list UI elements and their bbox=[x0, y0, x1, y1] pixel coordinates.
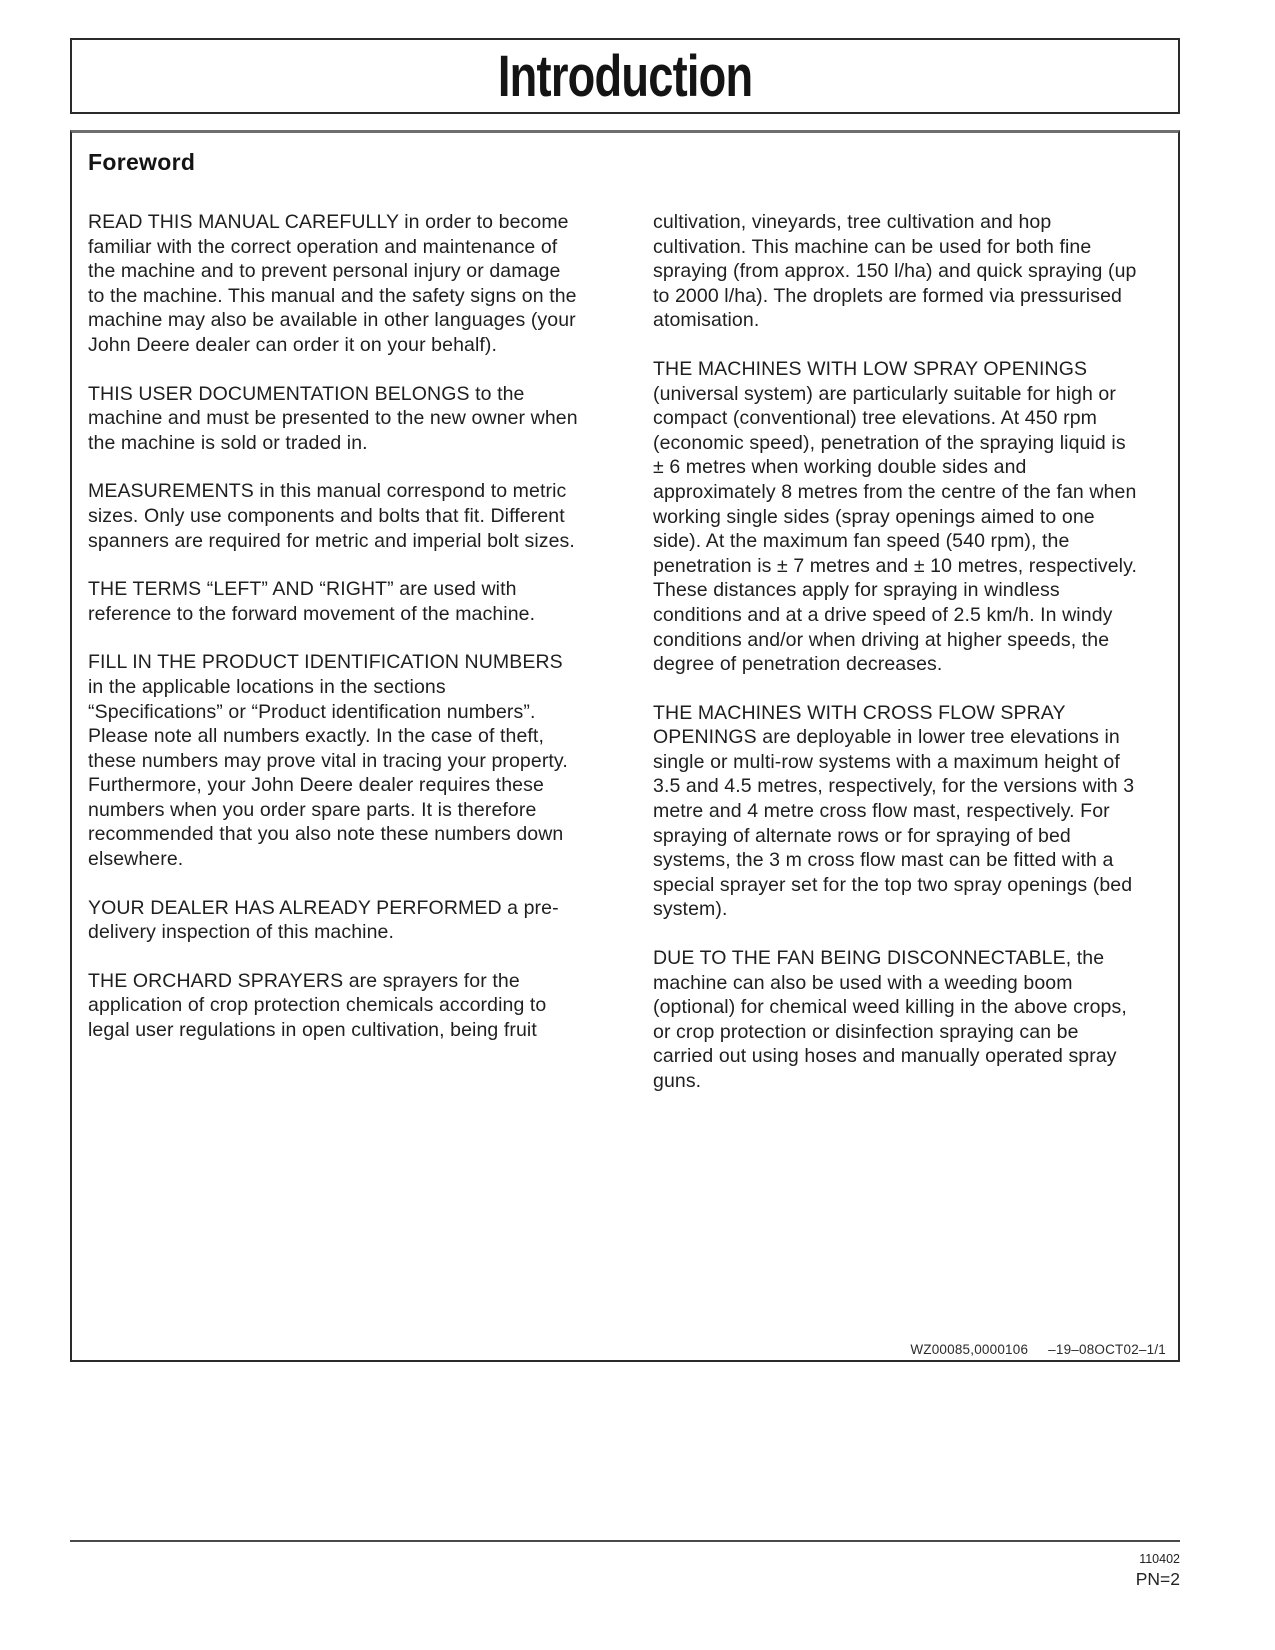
text-column-right: cultivation, vineyards, tree cultivation… bbox=[653, 210, 1140, 1118]
paragraph-terms-left-right: THE TERMS “LEFT” AND “RIGHT” are used wi… bbox=[88, 577, 582, 626]
paragraph-cross-flow-openings: THE MACHINES WITH CROSS FLOW SPRAY OPENI… bbox=[653, 701, 1140, 922]
doc-code-date: –19–08OCT02–1/1 bbox=[1048, 1342, 1166, 1357]
manual-page: Introduction Foreword READ THIS MANUAL C… bbox=[0, 0, 1275, 1650]
paragraph-read-manual: READ THIS MANUAL CAREFULLY in order to b… bbox=[88, 210, 582, 358]
print-code: 110402 bbox=[1136, 1552, 1180, 1566]
doc-code: WZ00085,0000106 –19–08OCT02–1/1 bbox=[910, 1342, 1166, 1357]
title-box: Introduction bbox=[70, 38, 1180, 114]
text-column-left: READ THIS MANUAL CAREFULLY in order to b… bbox=[88, 210, 582, 1118]
paragraph-dealer-inspection: YOUR DEALER HAS ALREADY PERFORMED a pre-… bbox=[88, 896, 582, 945]
page-footer: 110402 PN=2 bbox=[1136, 1552, 1180, 1590]
paragraph-measurements: MEASUREMENTS in this manual correspond t… bbox=[88, 479, 582, 553]
page-title: Introduction bbox=[498, 43, 752, 110]
paragraph-cultivation: cultivation, vineyards, tree cultivation… bbox=[653, 210, 1140, 333]
paragraph-low-spray-openings: THE MACHINES WITH LOW SPRAY OPENINGS (un… bbox=[653, 357, 1140, 677]
footer-rule bbox=[70, 1540, 1180, 1542]
foreword-box: Foreword READ THIS MANUAL CAREFULLY in o… bbox=[70, 130, 1180, 1362]
doc-code-id: WZ00085,0000106 bbox=[910, 1342, 1028, 1357]
paragraph-fan-disconnectable: DUE TO THE FAN BEING DISCONNECTABLE, the… bbox=[653, 946, 1140, 1094]
paragraph-user-documentation: THIS USER DOCUMENTATION BELONGS to the m… bbox=[88, 382, 582, 456]
paragraph-orchard-sprayers: THE ORCHARD SPRAYERS are sprayers for th… bbox=[88, 969, 582, 1043]
paragraph-product-id-numbers: FILL IN THE PRODUCT IDENTIFICATION NUMBE… bbox=[88, 650, 582, 871]
section-heading: Foreword bbox=[88, 149, 1178, 176]
page-number: PN=2 bbox=[1136, 1569, 1180, 1590]
two-column-layout: READ THIS MANUAL CAREFULLY in order to b… bbox=[88, 210, 1178, 1118]
